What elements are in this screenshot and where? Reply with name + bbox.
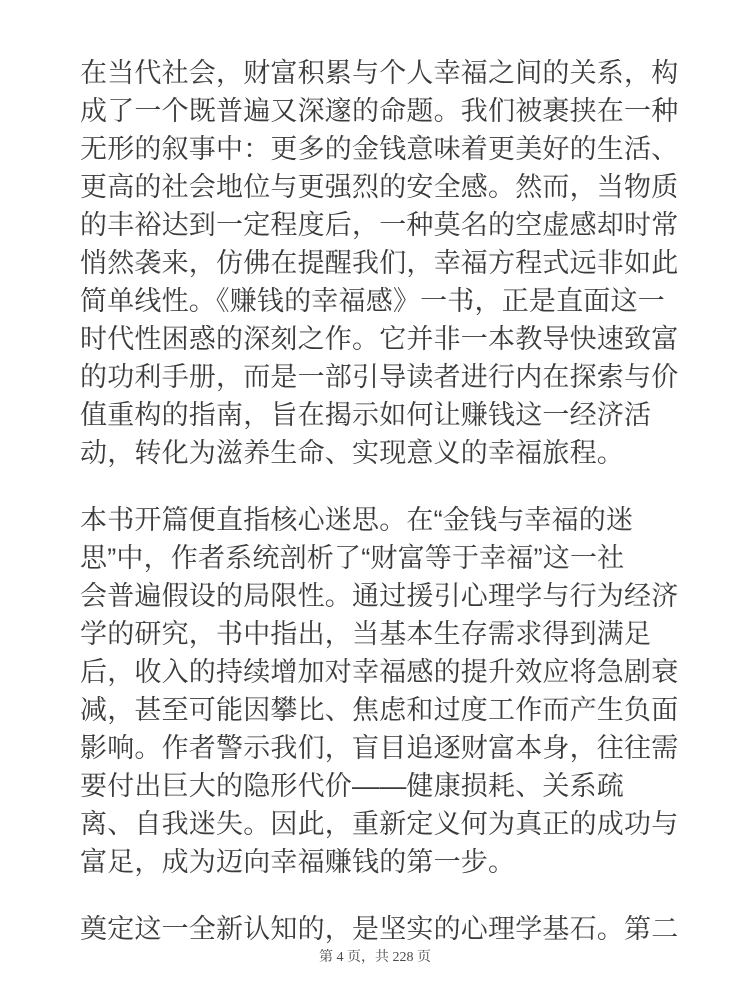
text-line: 成了一个既普遍又深邃的命题。我们被裹挟在一种 — [80, 92, 680, 130]
text-line: 要付出巨大的隐形代价——健康损耗、关系疏 — [80, 767, 680, 805]
text-line: 简单线性。《赚钱的幸福感》一书，正是直面这一 — [80, 282, 680, 320]
page-footer: 第 4 页，共 228 页 — [0, 948, 750, 968]
document-page: 在当代社会，财富积累与个人幸福之间的关系，构成了一个既普遍又深邃的命题。我们被裹… — [0, 0, 750, 1000]
text-line: 值重构的指南，旨在揭示如何让赚钱这一经济活 — [80, 396, 680, 434]
page-body-text: 在当代社会，财富积累与个人幸福之间的关系，构成了一个既普遍又深邃的命题。我们被裹… — [80, 54, 680, 948]
paragraph-core-myth: 本书开篇便直指核心迷思。在“金钱与幸福的迷思”中，作者系统剖析了“财富等于幸福”… — [80, 501, 680, 881]
text-line: 减，甚至可能因攀比、焦虑和过度工作而产生负面 — [80, 691, 680, 729]
text-line: 无形的叙事中：更多的金钱意味着更美好的生活、 — [80, 130, 680, 168]
page-indicator: 第 4 页，共 228 页 — [319, 950, 431, 965]
text-line: 的丰裕达到一定程度后，一种莫名的空虚感却时常 — [80, 206, 680, 244]
text-line: 更高的社会地位与更强烈的安全感。然而，当物质 — [80, 168, 680, 206]
text-line: 富足，成为迈向幸福赚钱的第一步。 — [80, 843, 680, 881]
text-line: 动，转化为滋养生命、实现意义的幸福旅程。 — [80, 434, 680, 472]
paragraph-intro: 在当代社会，财富积累与个人幸福之间的关系，构成了一个既普遍又深邃的命题。我们被裹… — [80, 54, 680, 472]
text-line: 在当代社会，财富积累与个人幸福之间的关系，构 — [80, 54, 680, 92]
text-line: 时代性困惑的深刻之作。它并非一本教导快速致富 — [80, 320, 680, 358]
text-line: 奠定这一全新认知的，是坚实的心理学基石。第二 — [80, 910, 680, 948]
text-line: 的功利手册，而是一部引导读者进行内在探索与价 — [80, 358, 680, 396]
text-line: 学的研究，书中指出，当基本生存需求得到满足 — [80, 615, 680, 653]
text-line: 离、自我迷失。因此，重新定义何为真正的成功与 — [80, 805, 680, 843]
paragraph-psychology-foundation: 奠定这一全新认知的，是坚实的心理学基石。第二 — [80, 910, 680, 948]
text-line: 悄然袭来，仿佛在提醒我们，幸福方程式远非如此 — [80, 244, 680, 282]
text-line: 本书开篇便直指核心迷思。在“金钱与幸福的迷 — [80, 501, 680, 539]
text-line: 后，收入的持续增加对幸福感的提升效应将急剧衰 — [80, 653, 680, 691]
text-line: 影响。作者警示我们，盲目追逐财富本身，往往需 — [80, 729, 680, 767]
text-line: 思”中，作者系统剖析了“财富等于幸福”这一社 — [80, 539, 680, 577]
text-line: 会普遍假设的局限性。通过援引心理学与行为经济 — [80, 577, 680, 615]
